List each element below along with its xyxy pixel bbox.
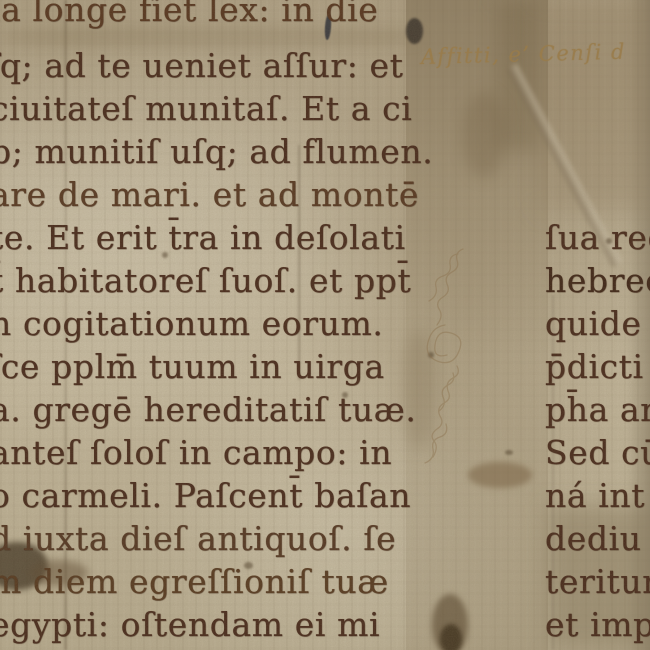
manuscript-page: la longe fiet lex: in die ſq; ad te ueni…: [0, 0, 650, 650]
parchment-grain-texture: [0, 0, 650, 650]
